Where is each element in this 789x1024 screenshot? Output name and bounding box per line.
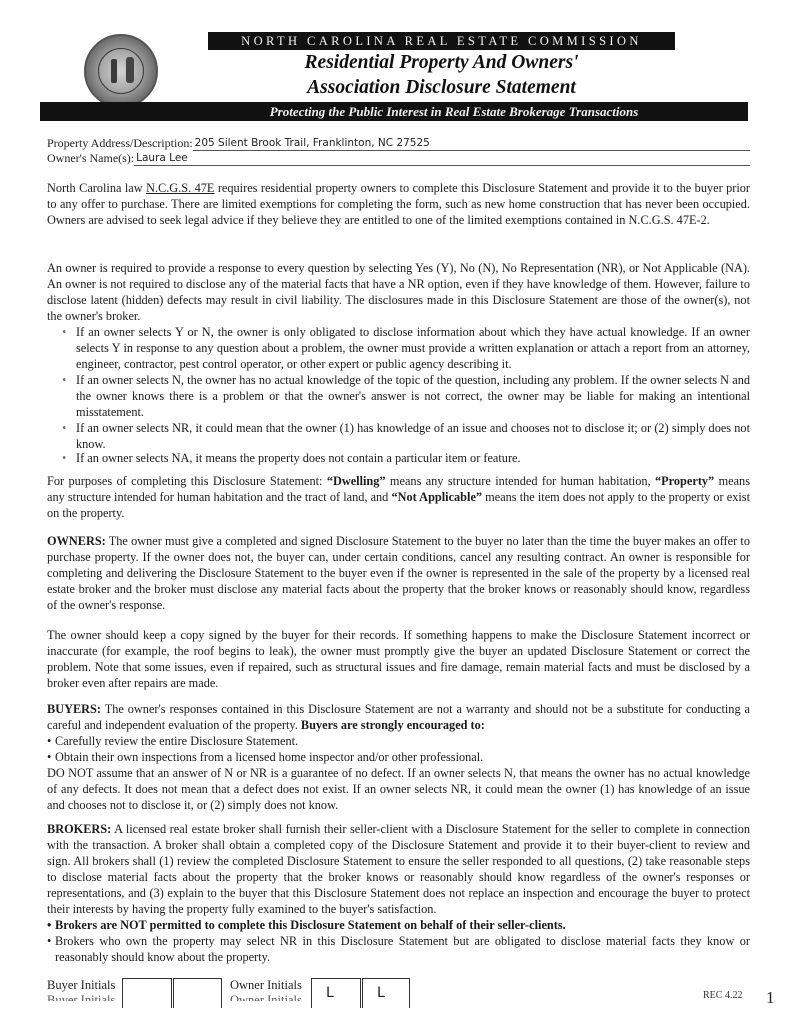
page-number: 1: [766, 988, 775, 1008]
term-property: “Property”: [655, 474, 714, 488]
form-revision: REC 4.22: [703, 990, 742, 1001]
owner-initials-box-1[interactable]: L: [311, 978, 361, 1008]
buyer-initials-label-block: Buyer Initials Buyer Initials: [47, 978, 115, 1001]
buyer-initials-box-1[interactable]: [122, 978, 172, 1008]
term-not-applicable: “Not Applicable”: [391, 490, 482, 504]
commission-banner: NORTH CAROLINA REAL ESTATE COMMISSION: [208, 32, 675, 50]
bullet-text: If an owner selects Y or N, the owner is…: [76, 325, 750, 371]
owners-update-paragraph: The owner should keep a copy signed by t…: [47, 627, 750, 691]
bullet-text: Carefully review the entire Disclosure S…: [55, 734, 298, 748]
owners-heading: OWNERS:: [47, 534, 106, 548]
bullet-text: Brokers are NOT permitted to complete th…: [55, 918, 566, 932]
response-bullet-nr: •If an owner selects NR, it could mean t…: [60, 420, 750, 452]
bullet-icon: •: [47, 733, 51, 749]
buyers-encouraged: Buyers are strongly encouraged to:: [301, 718, 485, 732]
response-bullet-n: •If an owner selects N, the owner has no…: [60, 372, 750, 420]
definitions-text: means any structure intended for human h…: [386, 474, 655, 488]
property-address-row: Property Address/Description: 205 Silent…: [47, 136, 750, 151]
buyers-heading: BUYERS:: [47, 702, 101, 716]
seal-figure-right: [126, 57, 134, 83]
intro-paragraph-responses: An owner is required to provide a respon…: [47, 260, 750, 324]
bullet-icon: •: [47, 917, 51, 933]
buyers-bullet-review: •Carefully review the entire Disclosure …: [47, 733, 750, 749]
brokers-section: BROKERS: A licensed real estate broker s…: [47, 821, 750, 917]
bullet-icon: •: [62, 324, 66, 340]
owner-initial-1: L: [326, 985, 334, 1001]
term-dwelling: “Dwelling”: [327, 474, 386, 488]
bullet-text: Brokers who own the property may select …: [55, 934, 750, 964]
owners-section: OWNERS: The owner must give a completed …: [47, 533, 750, 613]
buyers-section: BUYERS: The owner's responses contained …: [47, 701, 750, 733]
bullet-text: If an owner selects N, the owner has no …: [76, 373, 750, 419]
statute-link[interactable]: N.C.G.S. 47E: [146, 181, 214, 195]
brokers-bullet-not-permitted: •Brokers are NOT permitted to complete t…: [47, 917, 750, 933]
bullet-icon: •: [62, 372, 66, 388]
bullet-text: Obtain their own inspections from a lice…: [55, 750, 483, 764]
form-title-line1: Residential Property And Owners': [200, 52, 683, 74]
brokers-text: A licensed real estate broker shall furn…: [47, 822, 750, 916]
bullet-icon: •: [62, 420, 66, 436]
buyer-initials-label-duplicate: Buyer Initials: [47, 993, 115, 1001]
owner-initials-label-duplicate: Owner Initials: [230, 993, 302, 1001]
owners-text: The owner must give a completed and sign…: [47, 534, 750, 612]
intro-paragraph-law: North Carolina law N.C.G.S. 47E requires…: [47, 180, 750, 228]
seal-center: [98, 48, 144, 94]
buyers-warning-paragraph: DO NOT assume that an answer of N or NR …: [47, 765, 750, 813]
bullet-icon: •: [62, 450, 66, 466]
property-address-label: Property Address/Description:: [47, 136, 193, 151]
buyer-initials-label: Buyer Initials: [47, 978, 115, 992]
bullet-icon: •: [47, 749, 51, 765]
buyer-initials-box-2[interactable]: [173, 978, 222, 1008]
bullet-icon: •: [47, 933, 51, 949]
brokers-heading: BROKERS:: [47, 822, 111, 836]
form-title-line2: Association Disclosure Statement: [200, 77, 683, 99]
tagline-banner: Protecting the Public Interest in Real E…: [40, 102, 748, 121]
bullet-text: If an owner selects NA, it means the pro…: [76, 451, 521, 465]
bullet-text: If an owner selects NR, it could mean th…: [76, 421, 750, 451]
owner-initial-2: L: [377, 985, 385, 1001]
seal-figure-left: [111, 59, 117, 83]
definitions-paragraph: For purposes of completing this Disclosu…: [47, 473, 750, 521]
property-address-field[interactable]: 205 Silent Brook Trail, Franklinton, NC …: [193, 137, 750, 151]
response-bullet-na: •If an owner selects NA, it means the pr…: [60, 450, 750, 466]
owner-initials-box-2[interactable]: L: [362, 978, 410, 1008]
definitions-text: For purposes of completing this Disclosu…: [47, 474, 327, 488]
brokers-bullet-owner-brokers: •Brokers who own the property may select…: [47, 933, 750, 965]
owner-name-field[interactable]: Laura Lee: [134, 152, 750, 166]
owner-initials-label-block: Owner Initials Owner Initials: [230, 978, 302, 1001]
intro-text: North Carolina law: [47, 181, 146, 195]
owner-initials-label: Owner Initials: [230, 978, 302, 992]
buyers-bullet-inspect: •Obtain their own inspections from a lic…: [47, 749, 750, 765]
commission-seal-logo: [84, 34, 158, 108]
owner-name-label: Owner's Name(s):: [47, 151, 134, 166]
owner-name-row: Owner's Name(s): Laura Lee: [47, 151, 750, 166]
response-bullet-y-n: •If an owner selects Y or N, the owner i…: [60, 324, 750, 372]
